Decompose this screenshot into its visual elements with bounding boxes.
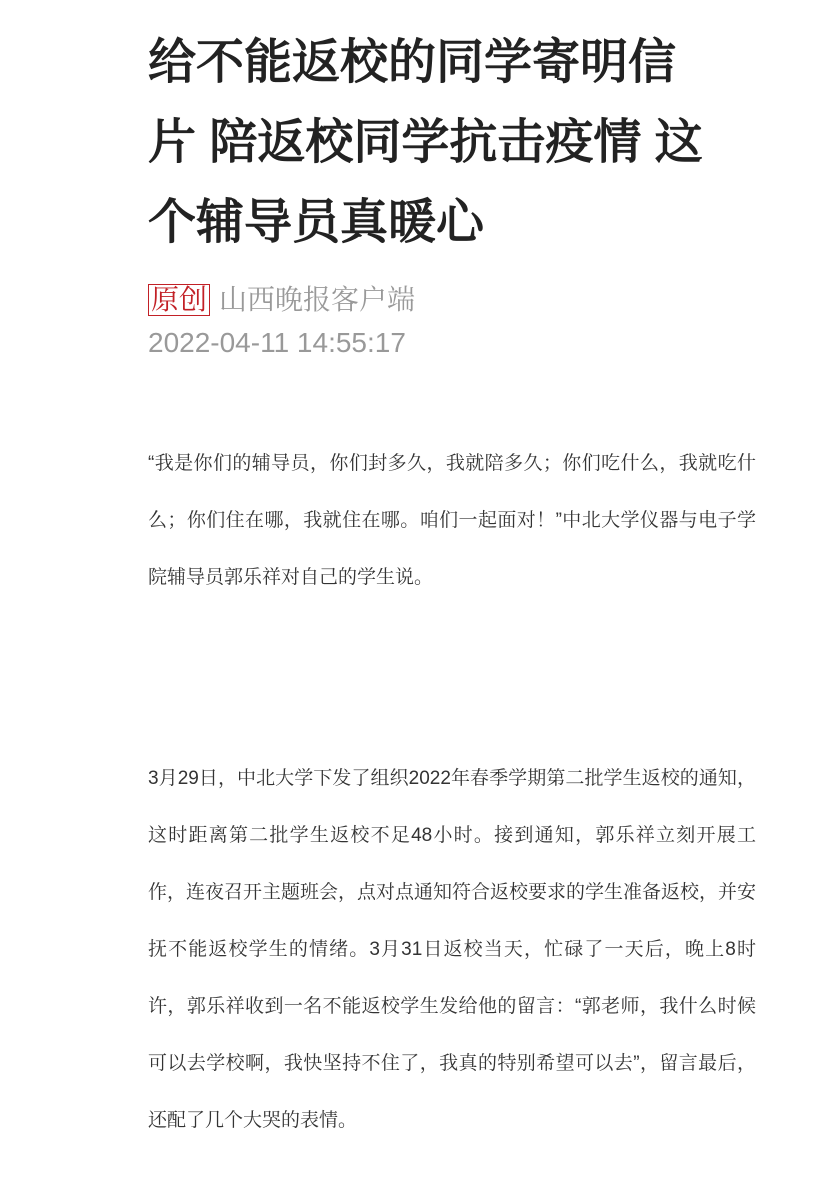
article-page: 给不能返校的同学寄明信片 陪返校同学抗击疫情 这个辅导员真暖心 原创 山西晚报客… (0, 0, 818, 1149)
article-byline: 原创 山西晚报客户端 (148, 283, 818, 317)
article-paragraph: “我是你们的辅导员，你们封多久，我就陪多久；你们吃什么，我就吃什么；你们住在哪，… (148, 435, 756, 606)
article-paragraph: 3月29日，中北大学下发了组织2022年春季学期第二批学生返校的通知，这时距离第… (148, 750, 756, 1149)
publish-timestamp: 2022-04-11 14:55:17 (148, 325, 818, 361)
article-meta: 原创 山西晚报客户端 2022-04-11 14:55:17 (148, 283, 818, 361)
article-title: 给不能返校的同学寄明信片 陪返校同学抗击疫情 这个辅导员真暖心 (148, 23, 714, 263)
article-body: “我是你们的辅导员，你们封多久，我就陪多久；你们吃什么，我就吃什么；你们住在哪，… (148, 435, 756, 1149)
article-source: 山西晚报客户端 (219, 283, 415, 317)
original-badge: 原创 (148, 284, 210, 316)
